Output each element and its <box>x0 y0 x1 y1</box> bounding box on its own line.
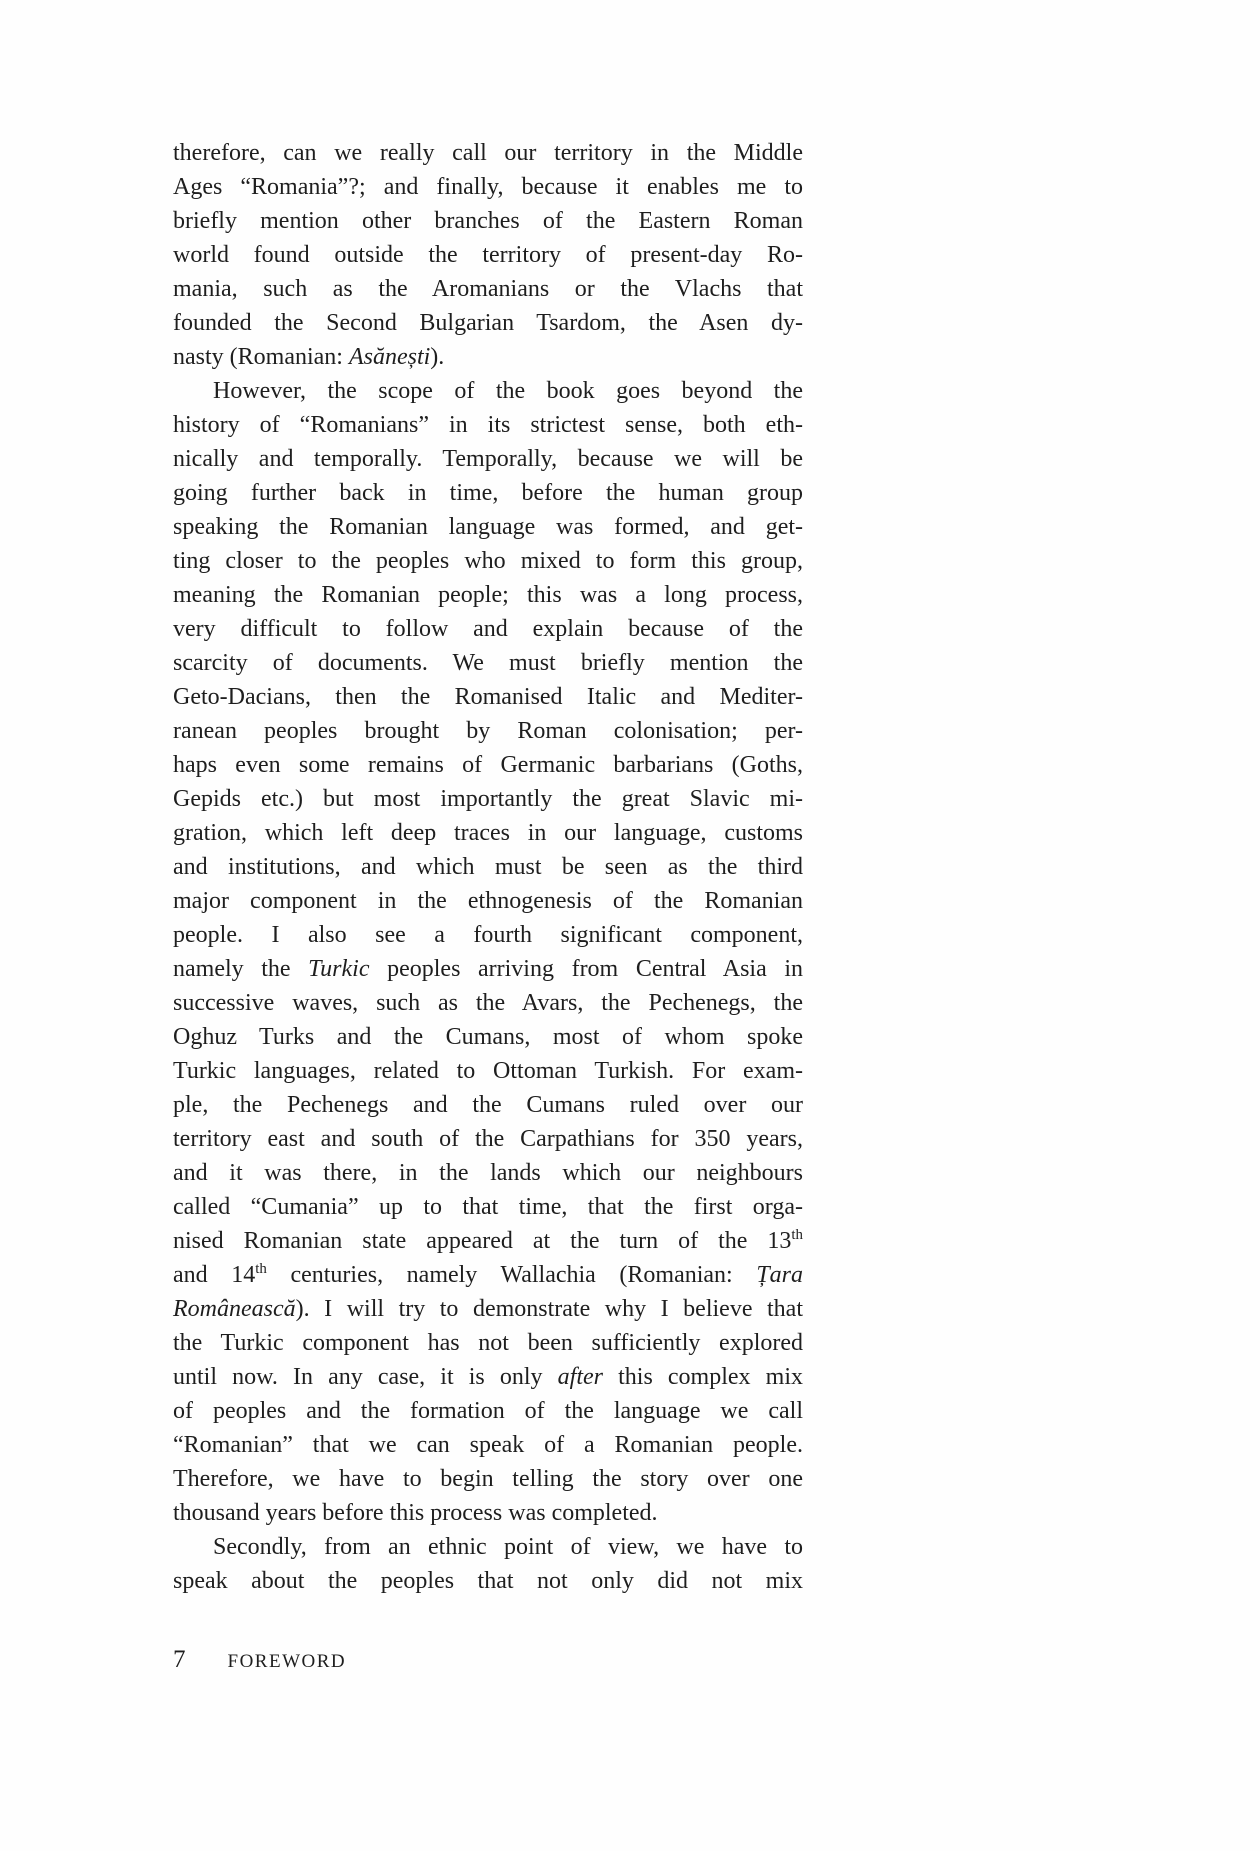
text-line: and institutions, and which must be seen… <box>173 850 803 884</box>
text-line: “Romanian” that we can speak of a Romani… <box>173 1428 803 1462</box>
text-line: haps even some remains of Germanic barba… <box>173 748 803 782</box>
text-line: very difficult to follow and explain bec… <box>173 612 803 646</box>
text-line: Therefore, we have to begin telling the … <box>173 1462 803 1496</box>
text-line: gration, which left deep traces in our l… <box>173 816 803 850</box>
text-line: until now. In any case, it is only after… <box>173 1360 803 1394</box>
text-line: mania, such as the Aromanians or the Vla… <box>173 272 803 306</box>
text-line: Turkic languages, related to Ottoman Tur… <box>173 1054 803 1088</box>
text-line: called “Cumania” up to that time, that t… <box>173 1190 803 1224</box>
page-number: 7 <box>173 1646 186 1674</box>
text-line: going further back in time, before the h… <box>173 476 803 510</box>
text-line: major component in the ethnogenesis of t… <box>173 884 803 918</box>
text-line: ranean peoples brought by Roman colonisa… <box>173 714 803 748</box>
text-line: history of “Romanians” in its strictest … <box>173 408 803 442</box>
text-line: thousand years before this process was c… <box>173 1496 803 1530</box>
text-line: therefore, can we really call our territ… <box>173 136 803 170</box>
text-line: However, the scope of the book goes beyo… <box>173 374 803 408</box>
text-line: world found outside the territory of pre… <box>173 238 803 272</box>
text-line: and it was there, in the lands which our… <box>173 1156 803 1190</box>
text-line: namely the Turkic peoples arriving from … <box>173 952 803 986</box>
text-line: meaning the Romanian people; this was a … <box>173 578 803 612</box>
text-line: nised Romanian state appeared at the tur… <box>173 1224 803 1258</box>
text-line: Românească). I will try to demonstrate w… <box>173 1292 803 1326</box>
text-line: founded the Second Bulgarian Tsardom, th… <box>173 306 803 340</box>
text-line: of peoples and the formation of the lang… <box>173 1394 803 1428</box>
text-line: successive waves, such as the Avars, the… <box>173 986 803 1020</box>
section-label: FOREWORD <box>228 1651 347 1673</box>
text-line: Secondly, from an ethnic point of view, … <box>173 1530 803 1564</box>
text-line: briefly mention other branches of the Ea… <box>173 204 803 238</box>
text-line: speak about the peoples that not only di… <box>173 1564 803 1598</box>
text-line: nasty (Romanian: Asănești). <box>173 340 803 374</box>
text-line: the Turkic component has not been suffic… <box>173 1326 803 1360</box>
text-line: territory east and south of the Carpathi… <box>173 1122 803 1156</box>
text-line: ting closer to the peoples who mixed to … <box>173 544 803 578</box>
text-line: Geto-Dacians, then the Romanised Italic … <box>173 680 803 714</box>
text-block: therefore, can we really call our territ… <box>173 136 803 1598</box>
book-page: therefore, can we really call our territ… <box>0 0 1260 1851</box>
text-line: scarcity of documents. We must briefly m… <box>173 646 803 680</box>
text-line: and 14th centuries, namely Wallachia (Ro… <box>173 1258 803 1292</box>
text-line: Oghuz Turks and the Cumans, most of whom… <box>173 1020 803 1054</box>
text-line: Ages “Romania”?; and finally, because it… <box>173 170 803 204</box>
page-footer: 7 FOREWORD <box>173 1646 803 1674</box>
text-line: speaking the Romanian language was forme… <box>173 510 803 544</box>
text-line: people. I also see a fourth significant … <box>173 918 803 952</box>
text-line: nically and temporally. Temporally, beca… <box>173 442 803 476</box>
text-line: Gepids etc.) but most importantly the gr… <box>173 782 803 816</box>
text-line: ple, the Pechenegs and the Cumans ruled … <box>173 1088 803 1122</box>
